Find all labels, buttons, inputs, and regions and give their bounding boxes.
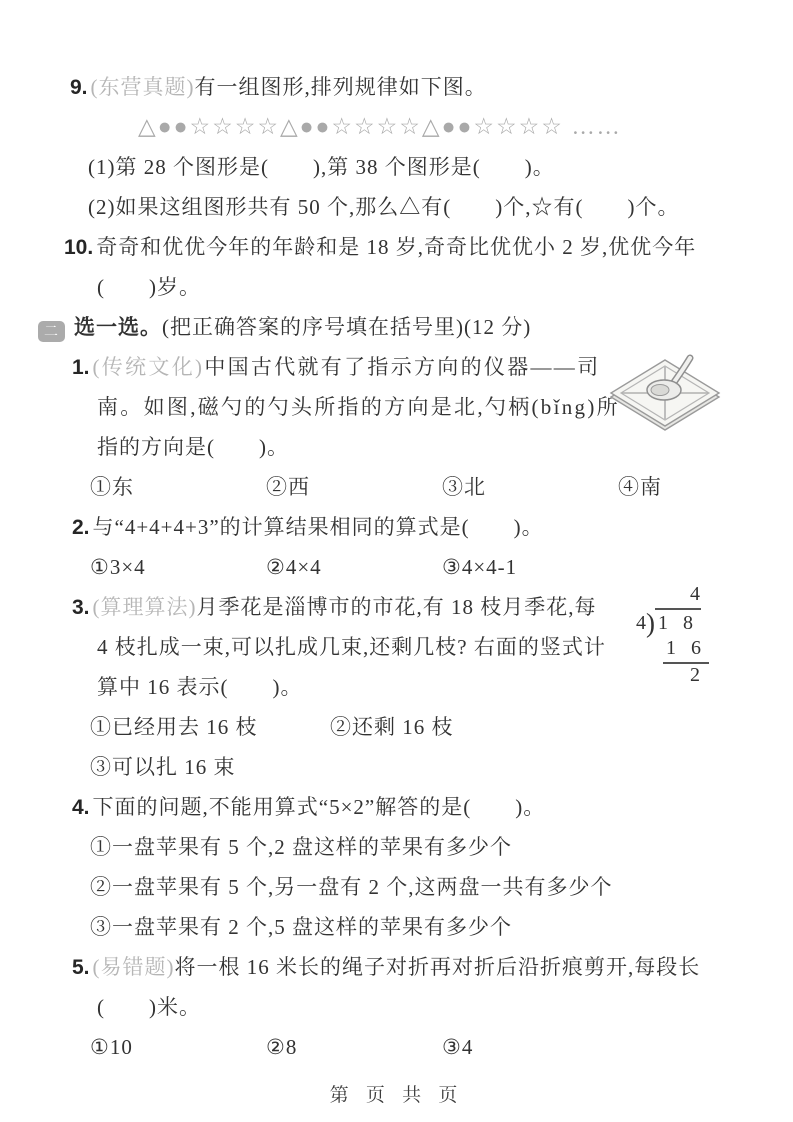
section-2-title: 选一选。 xyxy=(74,315,162,339)
question-1-number: 1. xyxy=(72,356,90,379)
question-5-line2: ( )米。 xyxy=(97,987,793,1027)
division-quotient-row: 4 xyxy=(636,581,709,608)
sinan-compass-svg xyxy=(604,348,726,434)
question-3-tag: (算理算法) xyxy=(93,595,197,619)
question-9-text: 有一组图形,排列规律如下图。 xyxy=(195,75,487,99)
question-4-line1: 下面的问题,不能用算式“5×2”解答的是( )。 xyxy=(93,795,546,819)
question-3-options-row1: ①已经用去 16 枝②还剩 16 枝 xyxy=(90,707,793,747)
question-3-option-3: ③可以扎 16 束 xyxy=(90,747,793,787)
question-5-option-2: ②8 xyxy=(266,1027,442,1067)
question-5-number: 5. xyxy=(72,956,90,979)
long-division-figure: 4 4)1 8 1 6 2 xyxy=(636,581,709,689)
question-9-tag: (东营真题) xyxy=(91,75,195,99)
question-4-number: 4. xyxy=(72,796,90,819)
question-2-head: 2.与“4+4+4+3”的计算结果相同的算式是( )。 xyxy=(72,507,793,547)
question-10-text: 奇奇和优优今年的年龄和是 18 岁,奇奇比优优小 2 岁,优优今年 xyxy=(96,235,696,259)
question-3-option-2: ②还剩 16 枝 xyxy=(330,707,454,747)
division-remainder-row: 2 xyxy=(636,662,709,689)
question-5-option-3: ③4 xyxy=(442,1027,473,1067)
division-subtrahend-row: 1 6 xyxy=(636,635,709,662)
question-4-option-1: ①一盘苹果有 5 个,2 盘这样的苹果有多少个 xyxy=(90,827,793,867)
question-1-option-1: ①东 xyxy=(90,467,266,507)
division-dividend-row: 4)1 8 xyxy=(636,608,709,635)
question-4-option-2: ②一盘苹果有 5 个,另一盘有 2 个,这两盘一共有多少个 xyxy=(90,867,793,907)
question-2-option-3: ③4×4-1 xyxy=(442,547,517,587)
question-2-option-2: ②4×4 xyxy=(266,547,442,587)
question-5-tag: (易错题) xyxy=(93,955,175,979)
question-5-line1: 将一根 16 米长的绳子对折再对折后沿折痕剪开,每段长 xyxy=(175,955,701,979)
question-1-options: ①东②西③北④南 xyxy=(90,467,793,507)
section-2-header: 二选一选。(把正确答案的序号填在括号里)(12 分) xyxy=(38,307,793,347)
question-3-line1: 月季花是淄博市的市花,有 18 枝月季花,每 xyxy=(197,595,597,619)
division-quotient: 4 xyxy=(663,581,709,608)
shape-pattern-row: △●●☆☆☆☆△●●☆☆☆☆△●●☆☆☆☆ …… xyxy=(138,107,793,147)
question-2-line1: 与“4+4+4+3”的计算结果相同的算式是( )。 xyxy=(93,515,544,539)
question-3-number: 3. xyxy=(72,596,90,619)
question-2-number: 2. xyxy=(72,516,90,539)
question-1-option-2: ②西 xyxy=(266,467,442,507)
section-2-badge-icon: 二 xyxy=(38,321,65,342)
question-9-number: 9. xyxy=(70,76,88,99)
question-1-tag: (传统文化) xyxy=(93,355,205,379)
question-1-option-3: ③北 xyxy=(442,467,618,507)
division-bracket: ) xyxy=(646,608,655,638)
sinan-compass-illustration xyxy=(604,348,726,439)
question-1-option-4: ④南 xyxy=(618,467,662,507)
question-1-line1: 中国古代就有了指示方向的仪器——司 xyxy=(204,355,600,379)
question-4-option-3: ③一盘苹果有 2 个,5 盘这样的苹果有多少个 xyxy=(90,907,793,947)
question-9-head: 9.(东营真题)有一组图形,排列规律如下图。 xyxy=(70,67,793,107)
division-remainder: 2 xyxy=(663,662,709,689)
question-10-number: 10. xyxy=(64,236,93,259)
division-divisor: 4 xyxy=(636,612,646,634)
worksheet-content: 9.(东营真题)有一组图形,排列规律如下图。 △●●☆☆☆☆△●●☆☆☆☆△●●… xyxy=(0,0,793,1067)
question-10-head: 10.奇奇和优优今年的年龄和是 18 岁,奇奇比优优小 2 岁,优优今年 xyxy=(64,227,793,267)
question-10-line2: ( )岁。 xyxy=(97,267,793,307)
page-footer: 第 页 共 页 xyxy=(0,1080,793,1107)
worksheet-page: 9.(东营真题)有一组图形,排列规律如下图。 △●●☆☆☆☆△●●☆☆☆☆△●●… xyxy=(0,0,793,1122)
question-5-head: 5.(易错题)将一根 16 米长的绳子对折再对折后沿折痕剪开,每段长 xyxy=(72,947,793,987)
question-2-option-1: ①3×4 xyxy=(90,547,266,587)
question-5-option-1: ①10 xyxy=(90,1027,266,1067)
question-9-sub1: (1)第 28 个图形是( ),第 38 个图形是( )。 xyxy=(88,147,793,187)
division-subtrahend: 1 6 xyxy=(663,635,709,664)
question-4-head: 4.下面的问题,不能用算式“5×2”解答的是( )。 xyxy=(72,787,793,827)
question-9-sub2: (2)如果这组图形共有 50 个,那么△有( )个,☆有( )个。 xyxy=(88,187,793,227)
question-3-option-1: ①已经用去 16 枝 xyxy=(90,707,330,747)
section-2-subtitle: (把正确答案的序号填在括号里)(12 分) xyxy=(162,315,531,339)
division-dividend: 1 8 xyxy=(655,608,701,637)
question-5-options: ①10②8③4 xyxy=(90,1027,793,1067)
